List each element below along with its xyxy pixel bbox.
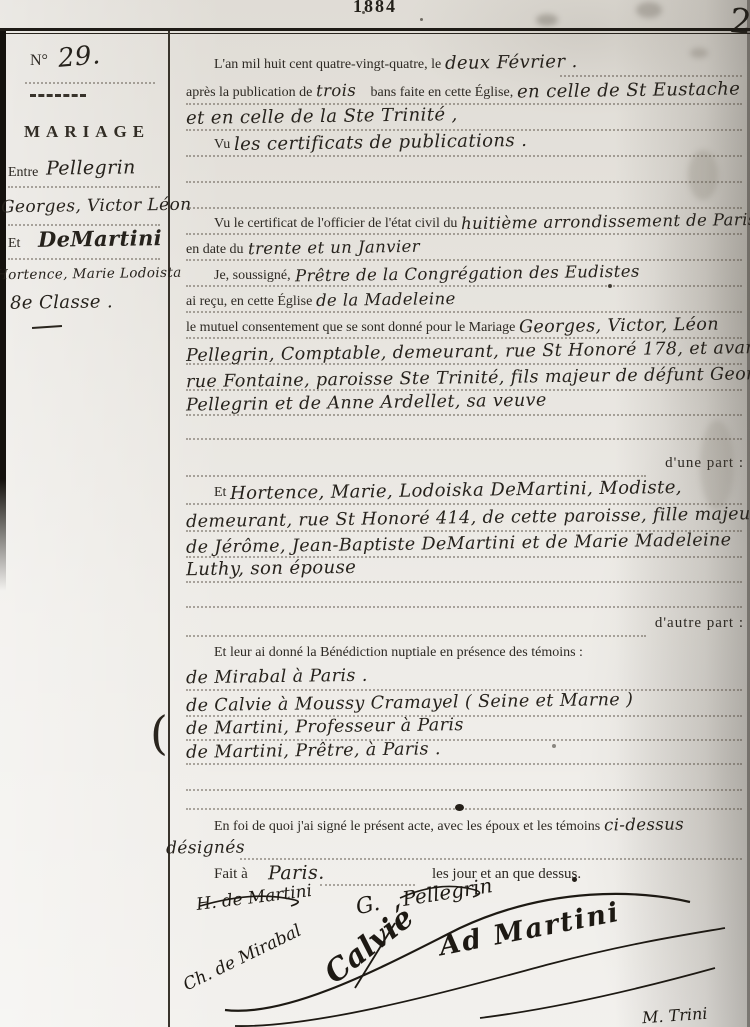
dotted-rule [186,181,742,183]
handwritten-entry: les certificats de publications . [234,130,528,156]
top-rule-thick [0,28,750,31]
margin-title: MARIAGE [24,122,150,142]
dune-part-label: d'une part : [186,452,744,474]
dotted-rule [186,475,646,477]
dotted-rule [186,285,742,287]
handwritten-entry: Pellegrin et de Anne Ardellet, sa veuve [186,389,547,416]
handwritten-entry: de Mirabal à Paris . [186,665,368,690]
body-line: Je, soussigné, Prêtre de la Congrégation… [186,263,744,285]
printed-text: d'autre part : [655,615,744,631]
dotted-rule [186,207,742,209]
body-line: de Jérôme, Jean-Baptiste DeMartini et de… [186,533,744,555]
body-line: après la publication de trois bans faite… [186,80,744,102]
handwritten-entry: de Martini, Professeur à Paris [186,714,464,740]
margin-dotted-rule [8,258,160,260]
classe-underline [32,325,62,329]
body-line: Et leur ai donné la Bénédiction nuptiale… [186,641,744,663]
handwritten-entry: et en celle de la Ste Trinité , [186,104,458,130]
body-line: Et Hortence, Marie, Lodoiska DeMartini, … [186,480,744,502]
witness-brace: ( [150,706,168,760]
handwritten-entry: désignés [166,837,245,858]
dotted-rule [186,414,742,416]
act-number-value: 29. [57,40,102,74]
act-number-label: N° [30,52,48,70]
dotted-rule [186,606,742,608]
handwritten-entry: Prêtre de la Congrégation des Eudistes [294,261,639,288]
dotted-rule [186,103,742,105]
handwritten-entry: Georges, Victor, Léon [519,314,719,339]
printed-text: le mutuel consentement que se sont donné… [186,320,515,335]
ink-speck [608,284,612,288]
dotted-rule [186,808,742,810]
printed-text: après la publication de [186,85,312,100]
paper-stain [636,2,662,18]
printed-text: L'an mil huit cent quatre-vingt-quatre, … [186,57,441,72]
handwritten-entry: trois [316,80,357,103]
marriage-register-page: 1884 2 N° 29. MARIAGE Entre Pellegrin Ge… [0,0,750,1027]
groom-surname: Pellegrin [46,156,136,179]
dautre-part-label: d'autre part : [186,612,744,634]
bride-firstnames: Hortence, Marie Lodoista [0,265,182,284]
printed-text: Vu [186,137,230,152]
left-page-edge [0,31,6,591]
paper-stain [688,150,718,200]
witness-line: de Calvie à Moussy Cramayel ( Seine et M… [186,692,744,714]
handwritten-entry: de Martini, Prêtre, à Paris . [186,738,441,764]
body-line: ai reçu, en cette Église de la Madeleine [186,289,744,311]
et-label: Et [8,236,20,252]
printed-text: ai reçu, en cette Église [186,294,312,309]
handwritten-entry: en celle de St Eustache [517,78,741,103]
ink-speck [455,804,464,811]
body-line: Pellegrin, Comptable, demeurant, rue St … [186,341,744,363]
witness-line: de Martini, Professeur à Paris [186,716,744,738]
dotted-rule [186,789,742,791]
dotted-rule [560,75,742,77]
dotted-rule [186,635,646,637]
printed-text: bans faite en cette Église, [371,85,514,100]
paper-stain [700,420,734,510]
body-line: Luthy, son épouse [186,558,744,580]
handwritten-entry: deux Février . [445,51,578,75]
dotted-rule [186,311,742,313]
printed-text: Je, soussigné, [186,268,291,283]
dotted-rule [186,581,742,583]
paper-stain [536,14,558,26]
printed-text: Et leur ai donné la Bénédiction nuptiale… [186,645,583,660]
body-line: et en celle de la Ste Trinité , [186,106,744,128]
body-line: le mutuel consentement que se sont donné… [186,315,744,337]
handwritten-entry: Luthy, son épouse [186,557,357,581]
paper-stain [690,48,708,58]
body-line: En foi de quoi j'ai signé le présent act… [186,814,744,836]
printed-text: En foi de quoi j'ai signé le présent act… [186,819,600,834]
margin-dotted-rule [25,82,155,84]
bride-surname: DeMartini [38,225,162,252]
handwritten-entry: de Calvie à Moussy Cramayel ( Seine et M… [186,689,634,717]
body-line: Vu les certificats de publications . [186,132,744,154]
printed-text: en date du [186,242,244,257]
printed-text: Vu le certificat de l'officier de l'état… [186,216,457,231]
body-line: demeurant, rue St Honoré 414, de cette p… [186,507,744,529]
ink-speck [552,744,556,748]
number-underline-squiggle [30,94,86,97]
groom-firstnames: Georges, Victor Léon [1,195,192,218]
body-line: L'an mil huit cent quatre-vingt-quatre, … [186,52,744,74]
body-line: Pellegrin et de Anne Ardellet, sa veuve [186,392,744,414]
handwritten-entry: de Jérôme, Jean-Baptiste DeMartini et de… [186,529,732,559]
handwritten-entry: trente et un Janvier [247,236,419,260]
handwritten-entry: demeurant, rue St Honoré 414, de cette p… [186,503,750,533]
handwritten-entry: de la Madeleine [316,288,456,312]
handwritten-entry: Hortence, Marie, Lodoiska DeMartini, Mod… [230,477,682,505]
dotted-rule [186,233,742,235]
body-line: Vu le certificat de l'officier de l'état… [186,211,744,233]
entre-label: Entre [8,165,38,181]
dotted-rule [240,858,742,860]
handwritten-entry: ci-dessus [604,813,684,836]
classe-note: 8e Classe . [10,291,113,313]
ink-speck [420,18,423,21]
margin-dotted-rule [8,186,160,188]
top-rule-thin [0,33,750,34]
ink-speck [572,877,577,882]
witness-line: de Mirabal à Paris . [186,666,744,688]
dotted-rule [186,763,742,765]
dotted-rule [186,259,742,261]
printed-text: Et [186,485,226,500]
witness-line: de Martini, Prêtre, à Paris . [186,740,744,762]
handwritten-entry: huitième arrondissement de Paris [461,209,750,235]
body-line: rue Fontaine, paroisse Ste Trinité, fils… [186,367,744,389]
dotted-rule [186,155,742,157]
ink-speck [362,11,365,14]
body-line: en date du trente et un Janvier [186,237,744,259]
dotted-rule [186,438,742,440]
